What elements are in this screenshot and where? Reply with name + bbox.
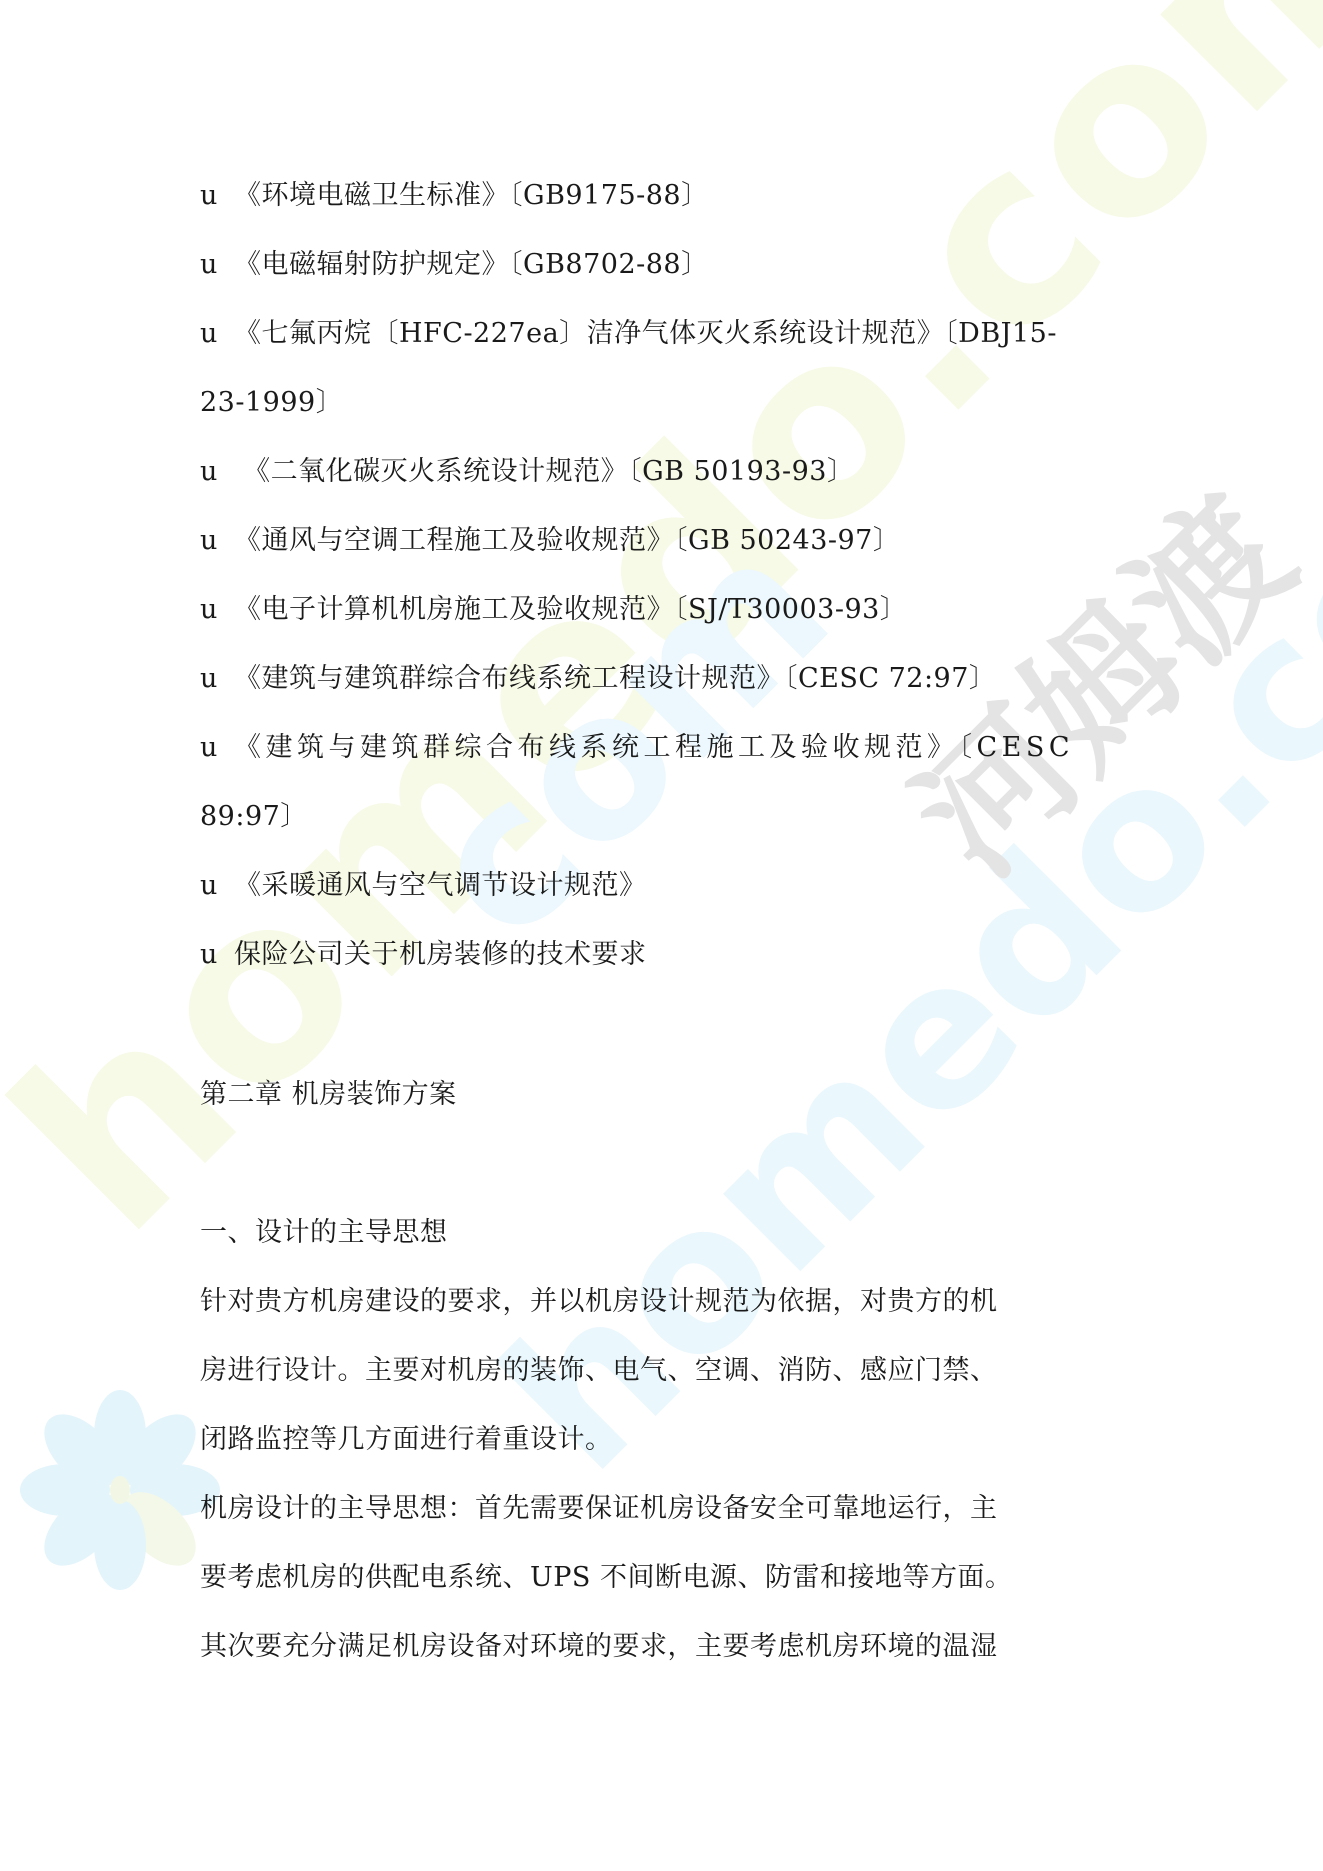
reference-item: u《七氟丙烷〔HFC-227ea〕洁净气体灭火系统设计规范》〔DBJ15- bbox=[200, 316, 1057, 352]
bullet-marker: u bbox=[200, 523, 234, 559]
bullet-marker: u bbox=[200, 454, 234, 490]
reference-item: u《电子计算机机房施工及验收规范》〔SJ/T30003-93〕 bbox=[200, 592, 907, 628]
reference-text: 《电磁辐射防护规定》〔GB8702-88〕 bbox=[234, 249, 709, 280]
reference-text: 《采暖通风与空气调节设计规范》 bbox=[234, 870, 647, 901]
reference-text: 《二氧化碳灭火系统设计规范》〔GB 50193-93〕 bbox=[234, 456, 854, 487]
reference-item: u 《二氧化碳灭火系统设计规范》〔GB 50193-93〕 bbox=[200, 454, 854, 490]
bullet-marker: u bbox=[200, 247, 234, 283]
reference-item: u《建筑与建筑群综合布线系统工程设计规范》〔CESC 72:97〕 bbox=[200, 661, 996, 697]
paragraph-line: 针对贵方机房建设的要求，并以机房设计规范为依据，对贵方的机 bbox=[200, 1284, 998, 1320]
reference-text: 《环境电磁卫生标准》〔GB9175-88〕 bbox=[234, 180, 709, 211]
reference-text: 《建筑与建筑群综合布线系统工程设计规范》〔CESC 72:97〕 bbox=[234, 663, 996, 694]
bullet-marker: u bbox=[200, 316, 234, 352]
reference-item: u保险公司关于机房装修的技术要求 bbox=[200, 937, 647, 973]
paragraph-line: 要考虑机房的供配电系统、UPS 不间断电源、防雷和接地等方面。 bbox=[200, 1560, 1013, 1596]
chapter-title: 第二章 机房装饰方案 bbox=[200, 1077, 457, 1113]
watermark-homedo-blue: homedo.com bbox=[460, 328, 1323, 1514]
reference-text: 《七氟丙烷〔HFC-227ea〕洁净气体灭火系统设计规范》〔DBJ15- bbox=[234, 318, 1057, 349]
reference-item: u《环境电磁卫生标准》〔GB9175-88〕 bbox=[200, 178, 709, 214]
section-title: 一、设计的主导思想 bbox=[200, 1215, 448, 1251]
reference-item: u《通风与空调工程施工及验收规范》〔GB 50243-97〕 bbox=[200, 523, 900, 559]
paragraph-line: 其次要充分满足机房设备对环境的要求，主要考虑机房环境的温湿 bbox=[200, 1629, 998, 1665]
reference-text: 《电子计算机机房施工及验收规范》〔SJ/T30003-93〕 bbox=[234, 594, 907, 625]
bullet-marker: u bbox=[200, 730, 234, 766]
reference-item-continuation: 23-1999〕 bbox=[200, 385, 343, 421]
bullet-marker: u bbox=[200, 661, 234, 697]
paragraph-line: 机房设计的主导思想：首先需要保证机房设备安全可靠地运行，主 bbox=[200, 1491, 998, 1527]
paragraph-line: 房进行设计。主要对机房的装饰、电气、空调、消防、感应门禁、 bbox=[200, 1353, 998, 1389]
bullet-marker: u bbox=[200, 937, 234, 973]
reference-item: u《采暖通风与空气调节设计规范》 bbox=[200, 868, 647, 904]
reference-item: u《建筑与建筑群综合布线系统工程施工及验收规范》〔CESC bbox=[200, 730, 1074, 766]
flower-logo-icon bbox=[10, 1380, 230, 1600]
reference-item: u《电磁辐射防护规定》〔GB8702-88〕 bbox=[200, 247, 709, 283]
reference-text: 《通风与空调工程施工及验收规范》〔GB 50243-97〕 bbox=[234, 525, 900, 556]
reference-text: 《建筑与建筑群综合布线系统工程施工及验收规范》〔CESC bbox=[234, 732, 1074, 763]
bullet-marker: u bbox=[200, 178, 234, 214]
bullet-marker: u bbox=[200, 868, 234, 904]
paragraph-line: 闭路监控等几方面进行着重设计。 bbox=[200, 1422, 613, 1458]
reference-text: 保险公司关于机房装修的技术要求 bbox=[234, 939, 647, 970]
bullet-marker: u bbox=[200, 592, 234, 628]
reference-item-continuation: 89:97〕 bbox=[200, 799, 308, 835]
